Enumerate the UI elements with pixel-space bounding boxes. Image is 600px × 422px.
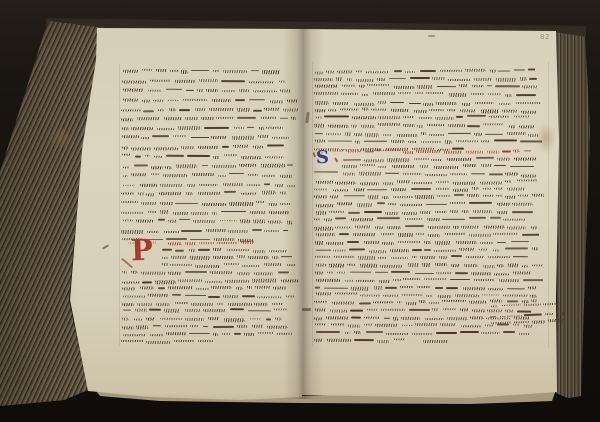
script-word	[453, 189, 469, 192]
script-word	[264, 229, 279, 232]
script-word	[364, 140, 387, 141]
script-word	[529, 78, 536, 80]
script-word	[415, 149, 439, 152]
script-word	[342, 165, 357, 168]
script-word	[315, 132, 323, 134]
script-word	[184, 309, 200, 312]
script-word	[329, 264, 343, 267]
script-word	[497, 241, 506, 242]
script-word	[470, 316, 484, 318]
script-word	[234, 127, 244, 129]
script-word	[219, 220, 237, 222]
script-word	[339, 233, 349, 235]
script-word	[446, 287, 459, 289]
script-word	[123, 310, 131, 312]
script-word	[169, 108, 176, 111]
script-word	[256, 201, 265, 203]
script-word	[524, 313, 542, 316]
script-word	[143, 110, 153, 112]
script-word	[144, 155, 150, 157]
script-word	[270, 100, 283, 104]
script-word	[494, 187, 503, 189]
script-word	[435, 117, 454, 120]
script-word	[512, 211, 533, 213]
script-word	[314, 189, 328, 191]
script-word	[327, 149, 343, 151]
script-word	[324, 287, 349, 288]
left-heading-rubric-line	[168, 240, 257, 247]
script-word	[400, 286, 413, 288]
script-word	[351, 287, 369, 291]
left-heading-faint-line	[128, 241, 163, 247]
script-word	[133, 164, 147, 166]
script-word	[123, 334, 146, 336]
script-word	[195, 108, 206, 111]
script-word	[490, 217, 501, 219]
script-word	[405, 218, 423, 220]
script-word	[230, 309, 244, 311]
script-word	[316, 331, 340, 333]
left-text-upper-line	[121, 201, 290, 207]
script-word	[464, 69, 485, 72]
script-word	[403, 116, 414, 118]
script-word	[414, 158, 430, 160]
script-word	[436, 102, 457, 104]
script-word	[224, 191, 236, 193]
s-filigree-left	[313, 152, 316, 157]
script-word	[445, 233, 466, 236]
left-text-lower-line	[122, 323, 291, 330]
script-word	[316, 204, 334, 207]
script-word	[369, 250, 386, 253]
script-word	[254, 302, 268, 305]
script-word	[523, 150, 531, 151]
script-word	[222, 81, 246, 83]
script-word	[442, 300, 465, 302]
script-word	[385, 332, 409, 334]
script-word	[138, 193, 144, 196]
folio-number: 82	[540, 33, 550, 41]
script-word	[158, 109, 165, 112]
script-word	[454, 194, 465, 196]
script-word	[179, 109, 190, 110]
script-word	[505, 173, 518, 175]
script-word	[280, 203, 290, 205]
script-word	[531, 226, 537, 230]
script-word	[390, 78, 407, 79]
script-word	[254, 272, 274, 275]
script-word	[334, 255, 354, 257]
script-word	[521, 111, 537, 114]
script-word	[163, 175, 188, 178]
script-word	[530, 295, 538, 298]
script-word	[419, 70, 436, 72]
right-text-main-line	[315, 254, 528, 260]
script-word	[493, 233, 518, 235]
script-word	[429, 109, 443, 111]
script-word	[411, 188, 431, 190]
script-word	[208, 296, 220, 298]
script-word	[187, 184, 196, 187]
script-word	[456, 140, 478, 142]
left-text-upper-line	[123, 173, 292, 179]
script-word	[522, 234, 539, 236]
script-word	[353, 233, 376, 236]
script-word	[377, 256, 386, 258]
script-word	[378, 340, 390, 343]
script-word	[337, 203, 353, 206]
script-word	[184, 295, 206, 296]
script-word	[265, 264, 283, 267]
script-word	[324, 219, 332, 222]
script-word	[514, 116, 529, 118]
script-word	[316, 233, 335, 237]
stains-and-marks-layer	[0, 0, 600, 422]
script-word	[181, 146, 194, 148]
s-filigree-right	[335, 157, 339, 162]
script-word	[415, 272, 434, 274]
script-word	[364, 323, 373, 326]
script-word	[471, 272, 492, 275]
script-word	[413, 110, 426, 113]
script-word	[211, 286, 232, 289]
script-word	[229, 230, 248, 233]
script-word	[122, 318, 129, 321]
script-word	[346, 149, 361, 152]
script-word	[121, 230, 144, 233]
script-word	[391, 188, 406, 191]
script-word	[252, 229, 262, 231]
script-word	[493, 139, 516, 141]
script-word	[273, 287, 285, 290]
script-word	[315, 323, 326, 325]
script-word	[121, 340, 144, 342]
script-word	[122, 271, 127, 274]
script-word	[353, 102, 374, 106]
right-text-main-line	[316, 278, 543, 284]
script-word	[365, 133, 379, 137]
script-word	[347, 241, 359, 242]
script-word	[455, 294, 478, 297]
script-word	[138, 117, 160, 120]
script-word	[461, 325, 481, 327]
script-word	[164, 230, 179, 233]
script-word	[134, 309, 146, 312]
script-word	[381, 309, 405, 311]
script-word	[384, 212, 397, 216]
script-word	[285, 296, 294, 298]
script-word	[335, 293, 357, 295]
script-word	[135, 220, 153, 223]
script-word	[411, 255, 417, 257]
script-word	[148, 211, 157, 213]
script-word	[122, 281, 140, 283]
script-word	[212, 212, 217, 215]
script-word	[122, 326, 134, 329]
script-word	[466, 150, 483, 153]
script-word	[382, 241, 394, 244]
script-word	[390, 101, 404, 103]
script-word	[280, 175, 292, 178]
script-word	[494, 273, 510, 275]
right-text-main-line	[314, 224, 537, 231]
script-word	[204, 127, 229, 129]
right-text-upper-line	[315, 69, 535, 76]
script-word	[165, 166, 172, 169]
script-word	[201, 118, 214, 121]
script-word	[359, 303, 371, 305]
script-word	[261, 117, 276, 119]
script-word	[378, 101, 387, 104]
script-word	[402, 150, 413, 154]
script-word	[286, 164, 292, 165]
script-word	[467, 115, 486, 117]
script-word	[121, 193, 134, 195]
script-word	[196, 288, 209, 291]
script-word	[405, 71, 415, 74]
script-word	[407, 302, 417, 305]
script-word	[402, 324, 413, 326]
script-word	[218, 242, 238, 245]
script-word	[151, 173, 159, 175]
script-word	[480, 181, 502, 184]
script-word	[488, 93, 501, 95]
script-word	[122, 81, 146, 84]
script-word	[423, 103, 433, 106]
script-word	[155, 280, 176, 283]
script-word	[397, 133, 418, 137]
right-text-main-line	[316, 179, 538, 186]
script-word	[438, 148, 450, 151]
script-word	[132, 127, 153, 130]
script-word	[253, 220, 265, 223]
right-text-upper-line	[315, 107, 537, 115]
script-word	[424, 241, 431, 243]
script-word	[221, 211, 245, 212]
handwritten-script-layer	[0, 0, 600, 422]
script-word	[488, 310, 503, 313]
script-word	[461, 226, 479, 229]
left-text-lower-line	[121, 339, 219, 345]
script-word	[401, 212, 416, 215]
script-word	[444, 140, 452, 144]
script-word	[212, 99, 231, 102]
script-word	[523, 279, 543, 281]
script-word	[212, 164, 236, 167]
script-word	[253, 90, 276, 92]
script-word	[474, 133, 481, 136]
script-word	[432, 159, 443, 162]
script-word	[243, 265, 260, 268]
script-word	[213, 70, 218, 72]
script-word	[291, 117, 296, 120]
script-word	[210, 271, 232, 274]
script-word	[351, 124, 357, 127]
script-word	[178, 126, 201, 129]
script-word	[412, 249, 422, 251]
script-word	[362, 94, 370, 96]
script-word	[172, 294, 181, 296]
script-word	[462, 210, 469, 213]
script-word	[314, 148, 339, 150]
script-word	[397, 301, 402, 303]
script-word	[520, 140, 542, 142]
script-word	[139, 183, 156, 186]
script-word	[192, 303, 213, 306]
script-word	[420, 165, 430, 168]
script-word	[266, 144, 283, 146]
script-word	[122, 147, 128, 150]
right-text-main-line	[316, 331, 530, 337]
script-word	[247, 286, 252, 289]
script-word	[315, 109, 326, 113]
script-word	[175, 250, 184, 252]
script-word	[252, 250, 264, 253]
right-margin-note-line	[491, 302, 564, 311]
script-word	[412, 181, 433, 183]
script-word	[507, 263, 517, 267]
script-word	[516, 101, 540, 103]
script-word	[328, 338, 351, 341]
script-word	[528, 69, 534, 70]
script-word	[171, 264, 192, 266]
script-word	[121, 118, 133, 121]
left-text-upper-line	[121, 210, 289, 216]
script-word	[497, 157, 511, 160]
script-word	[393, 278, 401, 280]
script-word	[477, 157, 494, 158]
script-word	[281, 192, 286, 195]
script-word	[121, 212, 144, 214]
right-margin-note-line	[491, 319, 563, 327]
script-word	[420, 301, 426, 304]
script-word	[463, 164, 477, 167]
script-word	[375, 226, 382, 229]
script-word	[315, 309, 326, 312]
script-word	[443, 150, 462, 153]
script-word	[228, 173, 244, 174]
script-word	[185, 271, 207, 273]
script-word	[500, 315, 522, 317]
script-word	[208, 317, 219, 320]
script-word	[416, 323, 438, 326]
script-word	[233, 332, 240, 334]
script-word	[347, 78, 353, 81]
script-word	[520, 77, 527, 80]
script-word	[327, 271, 334, 274]
script-word	[532, 247, 538, 250]
script-word	[501, 110, 516, 113]
script-word	[364, 159, 384, 162]
script-word	[436, 86, 455, 88]
script-word	[217, 302, 224, 304]
script-word	[379, 280, 390, 283]
script-word	[378, 117, 400, 120]
script-word	[324, 116, 349, 118]
script-word	[326, 133, 341, 135]
script-word	[343, 159, 361, 161]
script-word	[393, 196, 413, 199]
script-word	[390, 249, 408, 252]
script-word	[384, 317, 390, 319]
blue-initial-s: S	[316, 149, 329, 167]
script-word	[357, 256, 374, 259]
script-word	[364, 211, 381, 212]
script-word	[237, 272, 251, 275]
script-word	[237, 255, 245, 258]
script-word	[507, 301, 519, 303]
script-word	[396, 180, 409, 183]
script-word	[326, 316, 348, 319]
script-word	[375, 323, 398, 326]
script-word	[496, 195, 503, 198]
script-word	[514, 317, 530, 320]
script-word	[509, 125, 515, 128]
script-word	[512, 203, 533, 206]
script-word	[206, 89, 218, 92]
script-word	[247, 127, 254, 128]
script-word	[199, 242, 215, 244]
script-word	[498, 323, 510, 325]
script-word	[287, 264, 295, 267]
script-word	[505, 309, 513, 312]
left-margin-mark	[102, 244, 109, 249]
left-page-left-rule	[119, 64, 120, 346]
script-word	[138, 303, 153, 306]
script-word	[331, 323, 345, 326]
script-word	[160, 317, 182, 319]
script-word	[373, 92, 395, 95]
script-word	[351, 219, 374, 222]
script-word	[191, 70, 208, 71]
script-word	[503, 295, 527, 298]
script-word	[417, 86, 433, 90]
script-word	[316, 249, 331, 250]
script-word	[474, 78, 492, 81]
script-word	[328, 211, 343, 213]
script-word	[510, 240, 528, 242]
script-word	[122, 154, 131, 156]
script-word	[398, 234, 413, 237]
right-text-main-line	[314, 187, 529, 194]
script-word	[434, 166, 459, 169]
script-word	[426, 295, 433, 297]
left-text-upper-line	[123, 218, 293, 225]
script-word	[463, 287, 485, 290]
script-word	[175, 80, 195, 84]
script-word	[165, 155, 183, 157]
script-word	[315, 139, 325, 142]
script-word	[436, 181, 450, 183]
script-word	[150, 333, 163, 336]
script-word	[314, 195, 327, 198]
script-word	[314, 92, 338, 95]
script-word	[140, 287, 154, 290]
script-word	[282, 256, 293, 257]
script-word	[391, 271, 410, 273]
script-word	[499, 279, 519, 281]
script-word	[481, 140, 489, 142]
script-word	[467, 194, 480, 196]
script-word	[315, 271, 323, 274]
right-text-main-line	[316, 210, 533, 216]
script-word	[275, 184, 283, 187]
script-word	[453, 226, 458, 229]
right-margin-squiggle	[302, 308, 311, 311]
script-word	[532, 264, 543, 267]
script-word	[213, 326, 234, 328]
left-text-lower-line	[162, 255, 292, 261]
